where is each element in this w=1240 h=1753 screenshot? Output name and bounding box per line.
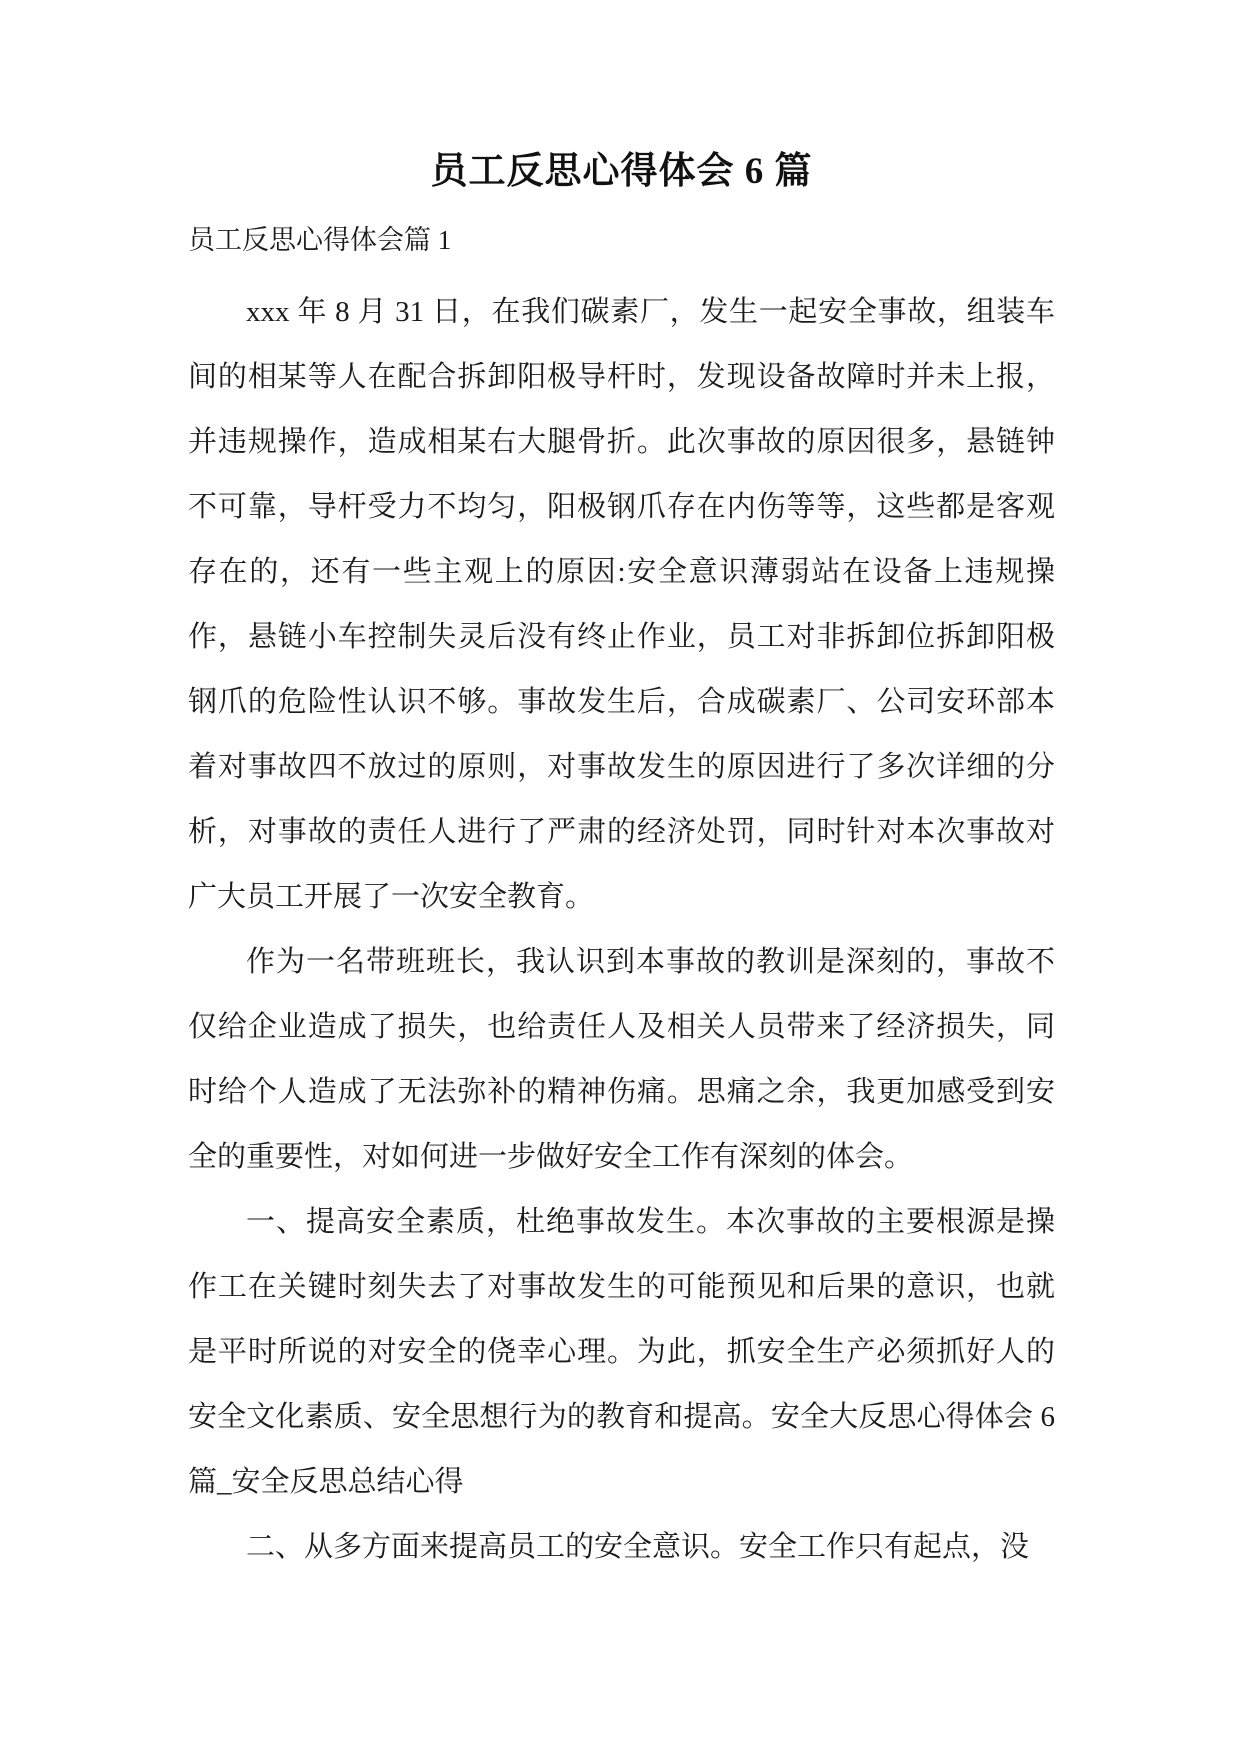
page-title: 员工反思心得体会 6 篇 (188, 146, 1055, 198)
paragraph-lesson-reflection: 作为一名带班班长，我认识到本事故的教训是深刻的，事故不仅给企业造成了损失，也给责… (188, 930, 1055, 1190)
paragraph-point-one: 一、提高安全素质，杜绝事故发生。本次事故的主要根源是操作工在关键时刻失去了对事故… (188, 1190, 1055, 1515)
document-page: 员工反思心得体会 6 篇 员工反思心得体会篇 1 xxx 年 8 月 31 日，… (0, 0, 1240, 1753)
paragraph-point-two: 二、从多方面来提高员工的安全意识。安全工作只有起点，没 (188, 1515, 1055, 1580)
section-heading: 员工反思心得体会篇 1 (188, 220, 1055, 260)
paragraph-incident-description: xxx 年 8 月 31 日，在我们碳素厂，发生一起安全事故，组装车间的相某等人… (188, 280, 1055, 930)
